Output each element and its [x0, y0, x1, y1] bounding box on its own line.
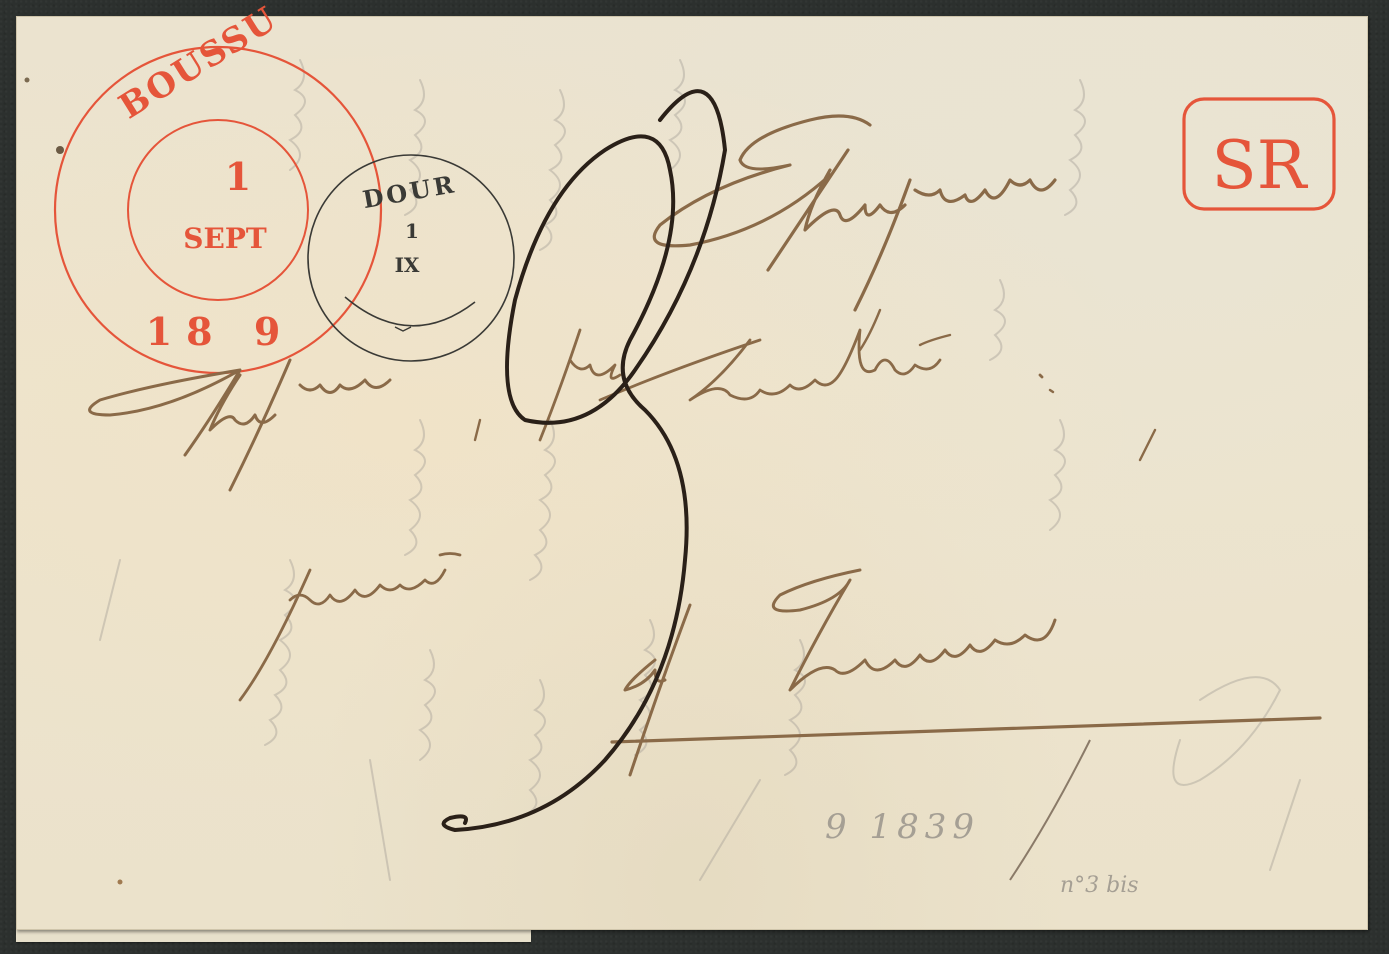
handwritten-address: [90, 116, 1320, 775]
dour-day: 1: [405, 219, 419, 243]
boussu-year: 18 9: [146, 309, 295, 354]
rate-mark-3: [444, 91, 725, 830]
dour-town: DOUR: [360, 169, 458, 214]
dour-month: IX: [395, 253, 420, 277]
show-through-writing: [100, 60, 1300, 880]
boussu-town-letter: BOUSSU: [112, 0, 285, 127]
pencil-date-note: 9 1839: [825, 807, 980, 847]
pencil-catalog-note: n°3 bis: [1060, 873, 1139, 898]
boussu-postmark: BOUSSU 1 SEPT 18 9: [55, 0, 381, 373]
cover-markings: BOUSSU 1 SEPT 18 9 DOUR 1 IX SR: [0, 0, 1389, 954]
ink-spots: [25, 78, 123, 885]
sr-box-mark: SR: [1184, 99, 1334, 209]
dour-postmark: DOUR 1 IX: [308, 155, 514, 361]
boussu-day: 1: [225, 154, 251, 199]
boussu-month: SEPT: [183, 222, 267, 255]
pencil-notes: 9 1839 n°3 bis: [825, 740, 1139, 898]
sr-text: SR: [1212, 127, 1309, 204]
